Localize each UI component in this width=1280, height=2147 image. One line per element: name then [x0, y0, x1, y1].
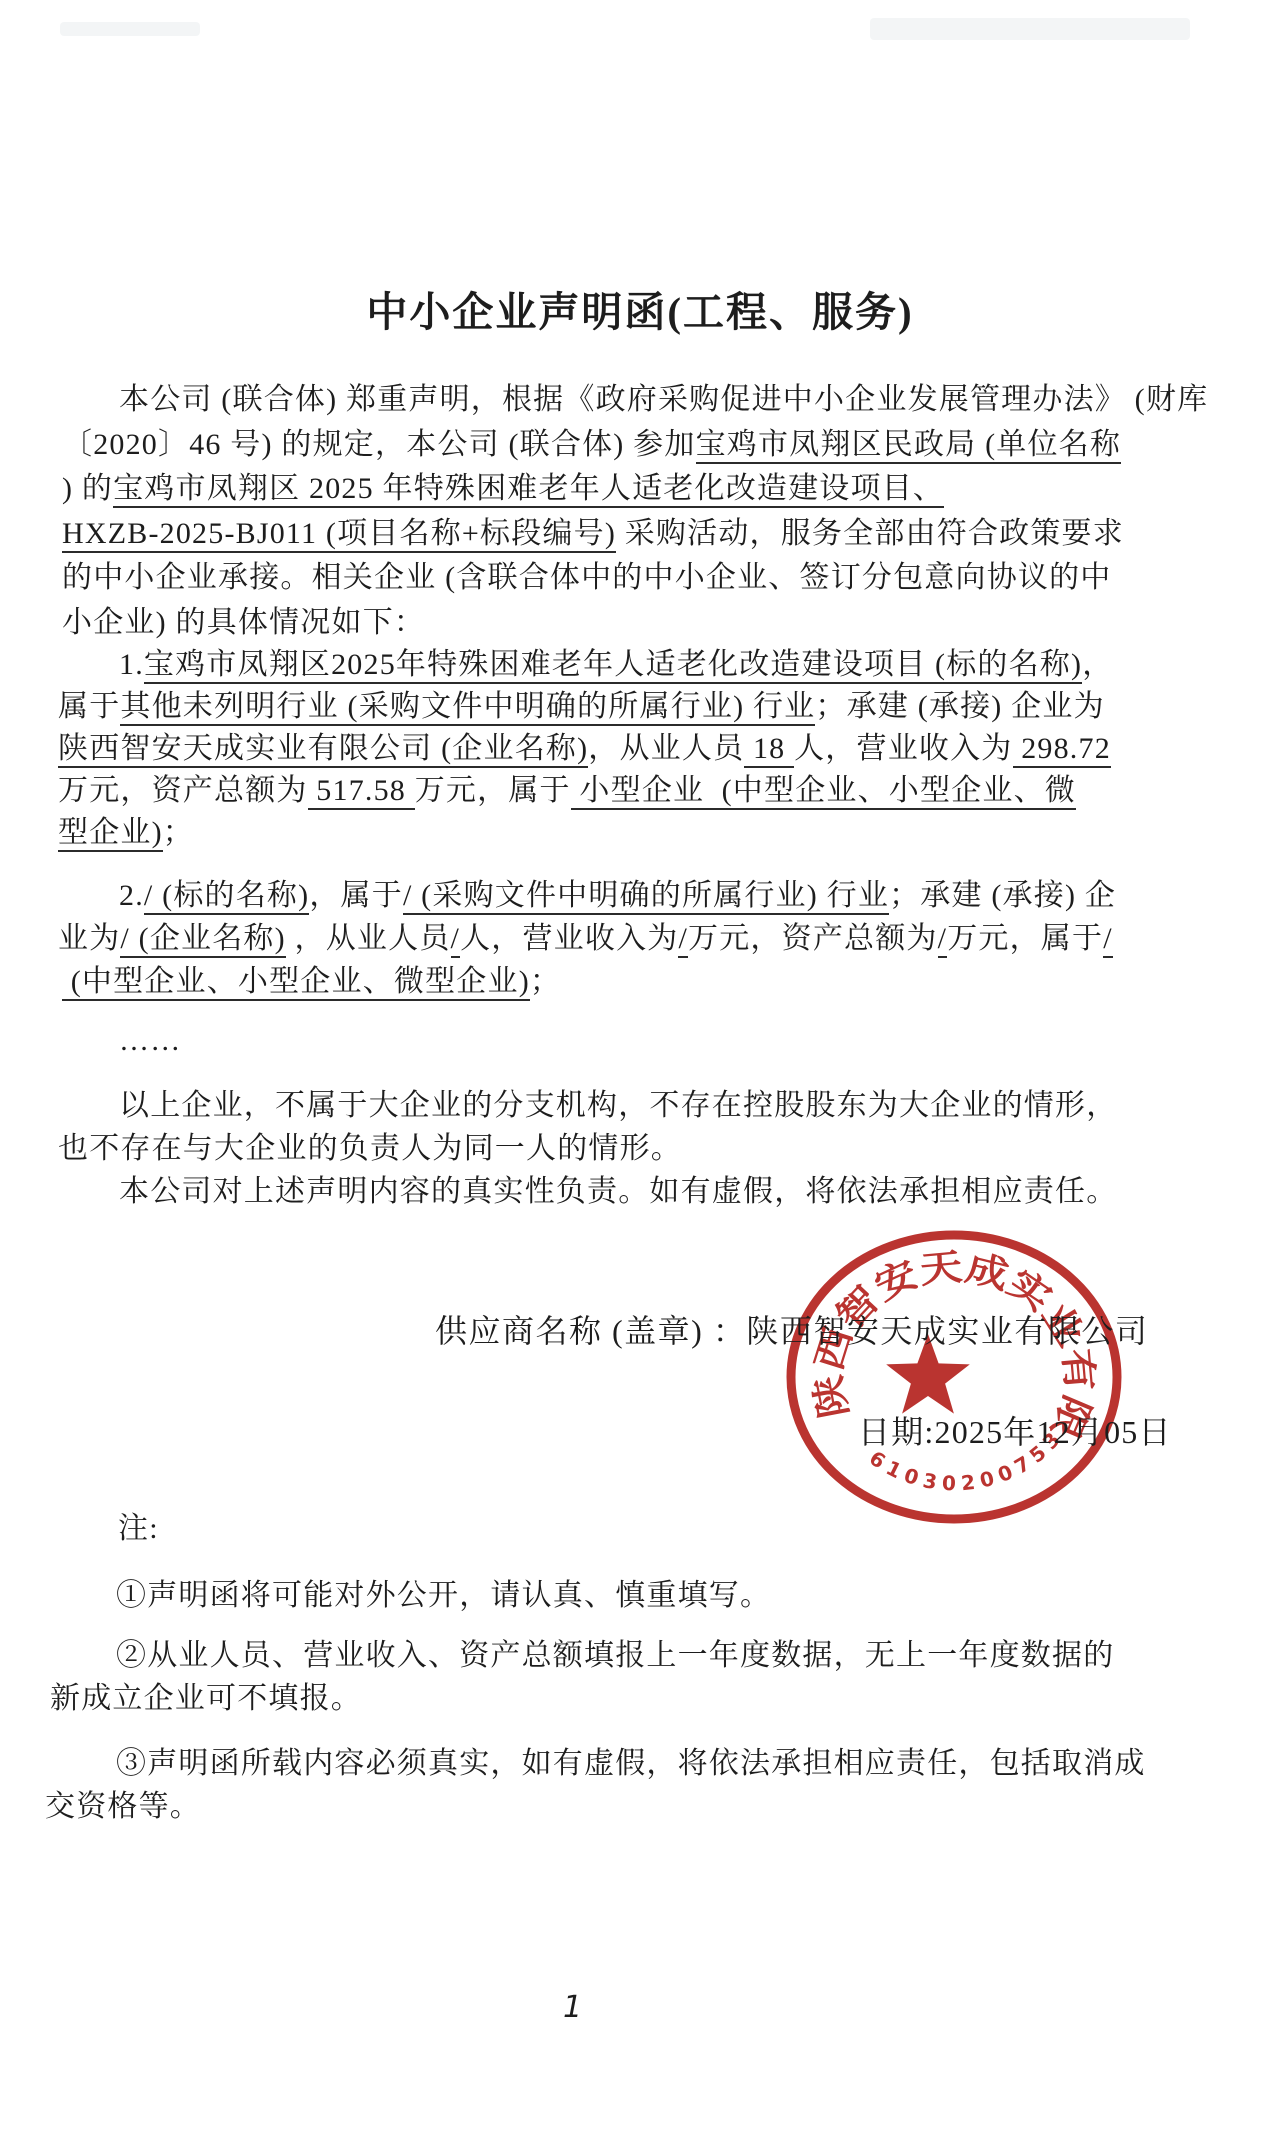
- revenue-value: 298.72: [1013, 732, 1111, 768]
- blank-employee-count: /: [451, 922, 461, 958]
- text-segment: 本公司对上述声明内容的真实性负责。如有虚假，将依法承担相应责任。: [119, 1175, 1117, 1208]
- text-segment: ……: [119, 1024, 181, 1057]
- supplier-name-line: 供应商名称 (盖章) ：陕西智安天成实业有限公司: [435, 1311, 1148, 1353]
- bid-number-value: HXZB-2025-BJ011 (项目名称+标段编号): [62, 517, 616, 553]
- text-segment: 供应商名称 (盖章) ：陕西智安天成实业有限公司: [435, 1313, 1148, 1349]
- item1-line3: 陕西智安天成实业有限公司 (企业名称)，从业人员 18 人，营业收入为 298.…: [58, 729, 1111, 768]
- text-segment: ；承建 (承接) 企: [889, 879, 1116, 912]
- blank-enterprise-type: /: [1103, 922, 1113, 958]
- para1-line2: 〔2020〕46 号) 的规定，本公司 (联合体) 参加宝鸡市凤翔区民政局 (单…: [62, 425, 1121, 464]
- text-segment: 交资格等。: [45, 1790, 201, 1823]
- para1-line3: ) 的宝鸡市凤翔区 2025 年特殊困难老年人适老化改造建设项目、: [62, 469, 944, 508]
- text-segment: 属于: [58, 690, 120, 723]
- item2-line2: 业为/ (企业名称) ，从业人员/人，营业收入为/万元，资产总额为/万元，属于/: [58, 919, 1113, 958]
- blank-industry: / (采购文件中明确的所属行业) 行业: [403, 879, 889, 915]
- text-segment: ，: [1082, 648, 1113, 681]
- item2-line1: 2./ (标的名称)，属于/ (采购文件中明确的所属行业) 行业；承建 (承接)…: [119, 876, 1116, 915]
- scan-artifact: [60, 22, 200, 36]
- text-segment: 万元，属于: [947, 922, 1103, 955]
- para1-line1: 本公司 (联合体) 郑重声明，根据《政府采购促进中小企业发展管理办法》 (财库: [119, 380, 1208, 419]
- company-name-value: 陕西智安天成实业有限公司 (企业名称): [58, 732, 588, 768]
- text-segment: ②从业人员、营业收入、资产总额填报上一年度数据，无上一年度数据的: [116, 1639, 1114, 1672]
- blank-subject-name: / (标的名称): [144, 879, 309, 915]
- employee-count-value: 18: [744, 732, 794, 768]
- project-name-value: 宝鸡市凤翔区 2025 年特殊困难老年人适老化改造建设项目、: [113, 472, 944, 508]
- text-segment: 万元，资产总额为: [688, 922, 938, 955]
- closing-line2: 也不存在与大企业的负责人为同一人的情形。: [58, 1129, 682, 1168]
- document-title: 中小企业声明函(工程、服务): [0, 286, 1280, 339]
- text-segment: 小企业) 的具体情况如下：: [62, 606, 425, 639]
- scan-artifact: [870, 18, 1190, 40]
- blank-enterprise-type: (中型企业、小型企业、微型企业): [62, 965, 530, 1001]
- text-segment: 也不存在与大企业的负责人为同一人的情形。: [58, 1132, 682, 1165]
- ellipsis-line: ……: [119, 1021, 181, 1060]
- para1-line6: 小企业) 的具体情况如下：: [62, 603, 425, 642]
- text-segment: ) 的: [62, 472, 113, 505]
- blank-company-name: / (企业名称): [120, 922, 285, 958]
- text-segment: 业为: [58, 922, 120, 955]
- asset-total-value: 517.58: [308, 774, 415, 810]
- item1-line1: 1.宝鸡市凤翔区2025年特殊困难老年人适老化改造建设项目 (标的名称)，: [119, 645, 1113, 684]
- purchaser-name-value: 宝鸡市凤翔区民政局 (单位名称: [696, 428, 1122, 464]
- date-line: 日期:2025年12月05日: [858, 1412, 1172, 1454]
- text-segment: 采购活动，服务全部由符合政策要求: [616, 517, 1124, 550]
- subject-name-value: 宝鸡市凤翔区2025年特殊困难老年人适老化改造建设项目 (标的名称): [144, 648, 1082, 684]
- blank-asset-total: /: [938, 922, 948, 958]
- item1-line5: 型企业)；: [58, 813, 194, 852]
- text-segment: 以上企业，不属于大企业的分支机构，不存在控股股东为大企业的情形，: [119, 1089, 1117, 1122]
- note3-line1: ③声明函所载内容必须真实，如有虚假，将依法承担相应责任，包括取消成: [116, 1744, 1146, 1783]
- text-segment: ①声明函将可能对外公开，请认真、慎重填写。: [116, 1579, 771, 1612]
- item2-line3: (中型企业、小型企业、微型企业)；: [62, 962, 561, 1001]
- text-segment: ；承建 (承接) 企业为: [815, 690, 1104, 723]
- note3-line2: 交资格等。: [45, 1787, 201, 1826]
- text-segment: ；: [530, 965, 561, 998]
- text-segment: 人，营业收入为: [460, 922, 678, 955]
- text-segment: 注:: [118, 1512, 159, 1545]
- para1-line4: HXZB-2025-BJ011 (项目名称+标段编号) 采购活动，服务全部由符合…: [62, 514, 1124, 553]
- text-segment: 万元，属于: [415, 774, 571, 807]
- item1-line2: 属于其他未列明行业 (采购文件中明确的所属行业) 行业；承建 (承接) 企业为: [58, 687, 1105, 726]
- item-number: 1.: [119, 648, 144, 681]
- text-segment: 〔2020〕46 号) 的规定，本公司 (联合体) 参加: [62, 428, 696, 461]
- notes-label: 注:: [118, 1509, 159, 1548]
- text-segment: 新成立企业可不填报。: [50, 1682, 362, 1715]
- text-segment: ，属于: [309, 879, 403, 912]
- enterprise-type-value: 小型企业 (中型企业、小型企业、微: [571, 774, 1076, 810]
- enterprise-type-value: 型企业): [58, 816, 163, 852]
- company-seal: 陕西智安天成实业有限公司 6103020075352: [779, 1226, 1129, 1528]
- item-number: 2.: [119, 879, 144, 912]
- text-segment: ，从业人员: [588, 732, 744, 765]
- item1-line4: 万元，资产总额为 517.58 万元，属于 小型企业 (中型企业、小型企业、微: [58, 771, 1076, 810]
- industry-value: 其他未列明行业 (采购文件中明确的所属行业) 行业: [120, 690, 815, 726]
- note2-line2: 新成立企业可不填报。: [50, 1679, 362, 1718]
- text-segment: 本公司 (联合体) 郑重声明，根据《政府采购促进中小企业发展管理办法》 (财库: [119, 383, 1208, 416]
- closing-line3: 本公司对上述声明内容的真实性负责。如有虚假，将依法承担相应责任。: [119, 1172, 1117, 1211]
- text-segment: ，从业人员: [286, 922, 451, 955]
- text-segment: 的中小企业承接。相关企业 (含联合体中的中小企业、签订分包意向协议的中: [62, 561, 1112, 594]
- note2-line1: ②从业人员、营业收入、资产总额填报上一年度数据，无上一年度数据的: [116, 1636, 1114, 1675]
- para1-line5: 的中小企业承接。相关企业 (含联合体中的中小企业、签订分包意向协议的中: [62, 558, 1112, 597]
- text-segment: ③声明函所载内容必须真实，如有虚假，将依法承担相应责任，包括取消成: [116, 1747, 1146, 1780]
- document-page: 中小企业声明函(工程、服务) 本公司 (联合体) 郑重声明，根据《政府采购促进中…: [0, 0, 1280, 2147]
- text-segment: ；: [163, 816, 194, 849]
- date-value: 日期:2025年12月05日: [858, 1414, 1172, 1450]
- text-segment: 万元，资产总额为: [58, 774, 308, 807]
- note1-line: ①声明函将可能对外公开，请认真、慎重填写。: [116, 1576, 771, 1615]
- blank-revenue: /: [678, 922, 688, 958]
- closing-line1: 以上企业，不属于大企业的分支机构，不存在控股股东为大企业的情形，: [119, 1086, 1117, 1125]
- page-number: 1: [563, 1988, 583, 2027]
- text-segment: 人，营业收入为: [794, 732, 1012, 765]
